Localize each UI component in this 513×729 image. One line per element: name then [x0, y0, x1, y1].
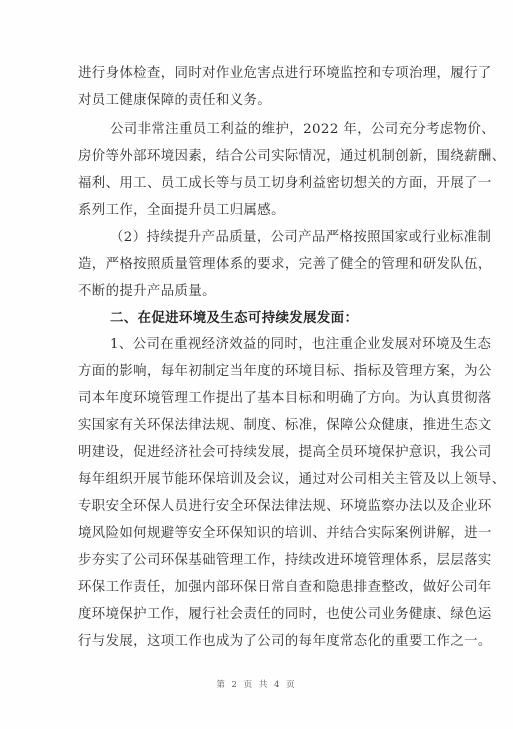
- text-line: 实国家有关环保法律法规、制度、标准，保障公众健康，推进生态文: [78, 416, 436, 436]
- document-page: 进行身体检查，同时对作业危害点进行环境监控和专项治理，履行了对员工健康保障的责任…: [0, 0, 513, 729]
- section-heading: 二、在促进环境及生态可持续发展发面：: [110, 308, 436, 328]
- text-line: 明建设，促进经济社会可持续发展，提高全员环境保护意识，我公司: [78, 443, 436, 463]
- text-line: 环保工作责任，加强内部环保日常自查和隐患排查整改，做好公司年: [78, 578, 436, 598]
- text-line: 对员工健康保障的责任和义务。: [78, 91, 436, 111]
- text-line: 1、公司在重视经济效益的同时，也注重企业发展对环境及生态: [110, 335, 436, 355]
- text-line: 步夯实了公司环保基础管理工作，持续改进环境管理体系，层层落实: [78, 551, 436, 571]
- text-line: 进行身体检查，同时对作业危害点进行环境监控和专项治理，履行了: [78, 64, 436, 84]
- text-line: 境风险如何规避等安全环保知识的培训、并结合实际案例讲解，进一: [78, 524, 436, 544]
- text-line: 度环境保护工作，履行社会责任的同时，也使公司业务健康、绿色运: [78, 605, 436, 625]
- text-line: 行与发展，这项工作也成为了公司的每年度常态化的重要工作之一。: [78, 632, 436, 652]
- text-line: 房价等外部环境因素，结合公司实际情况，通过机制创新，围绕薪酬、: [78, 147, 436, 167]
- text-line: 方面的影响，每年初制定当年度的环境目标、指标及管理方案，为公: [78, 362, 436, 382]
- text-line: 福利、用工、员工成长等与员工切身利益密切想关的方面，开展了一: [78, 174, 436, 194]
- page-footer: 第 2 页 共 4 页: [0, 678, 513, 690]
- text-line: 系列工作，全面提升员工归属感。: [78, 201, 436, 221]
- text-line: 每年组织开展节能环保培训及会议，通过对公司相关主管及以上领导、: [78, 470, 436, 490]
- text-line: （2）持续提升产品质量，公司产品严格按照国家或行业标准制: [110, 228, 436, 248]
- text-line: 公司非常注重员工利益的维护，2022 年，公司充分考虑物价、: [110, 120, 436, 140]
- text-line: 专职安全环保人员进行安全环保法律法规、环境监察办法以及企业环: [78, 497, 436, 517]
- text-line: 司本年度环境管理工作提出了基本目标和明确了方向。为认真贯彻落: [78, 389, 436, 409]
- text-line: 造，严格按照质量管理体系的要求，完善了健全的管理和研发队伍，: [78, 255, 436, 275]
- text-line: 不断的提升产品质量。: [78, 282, 436, 302]
